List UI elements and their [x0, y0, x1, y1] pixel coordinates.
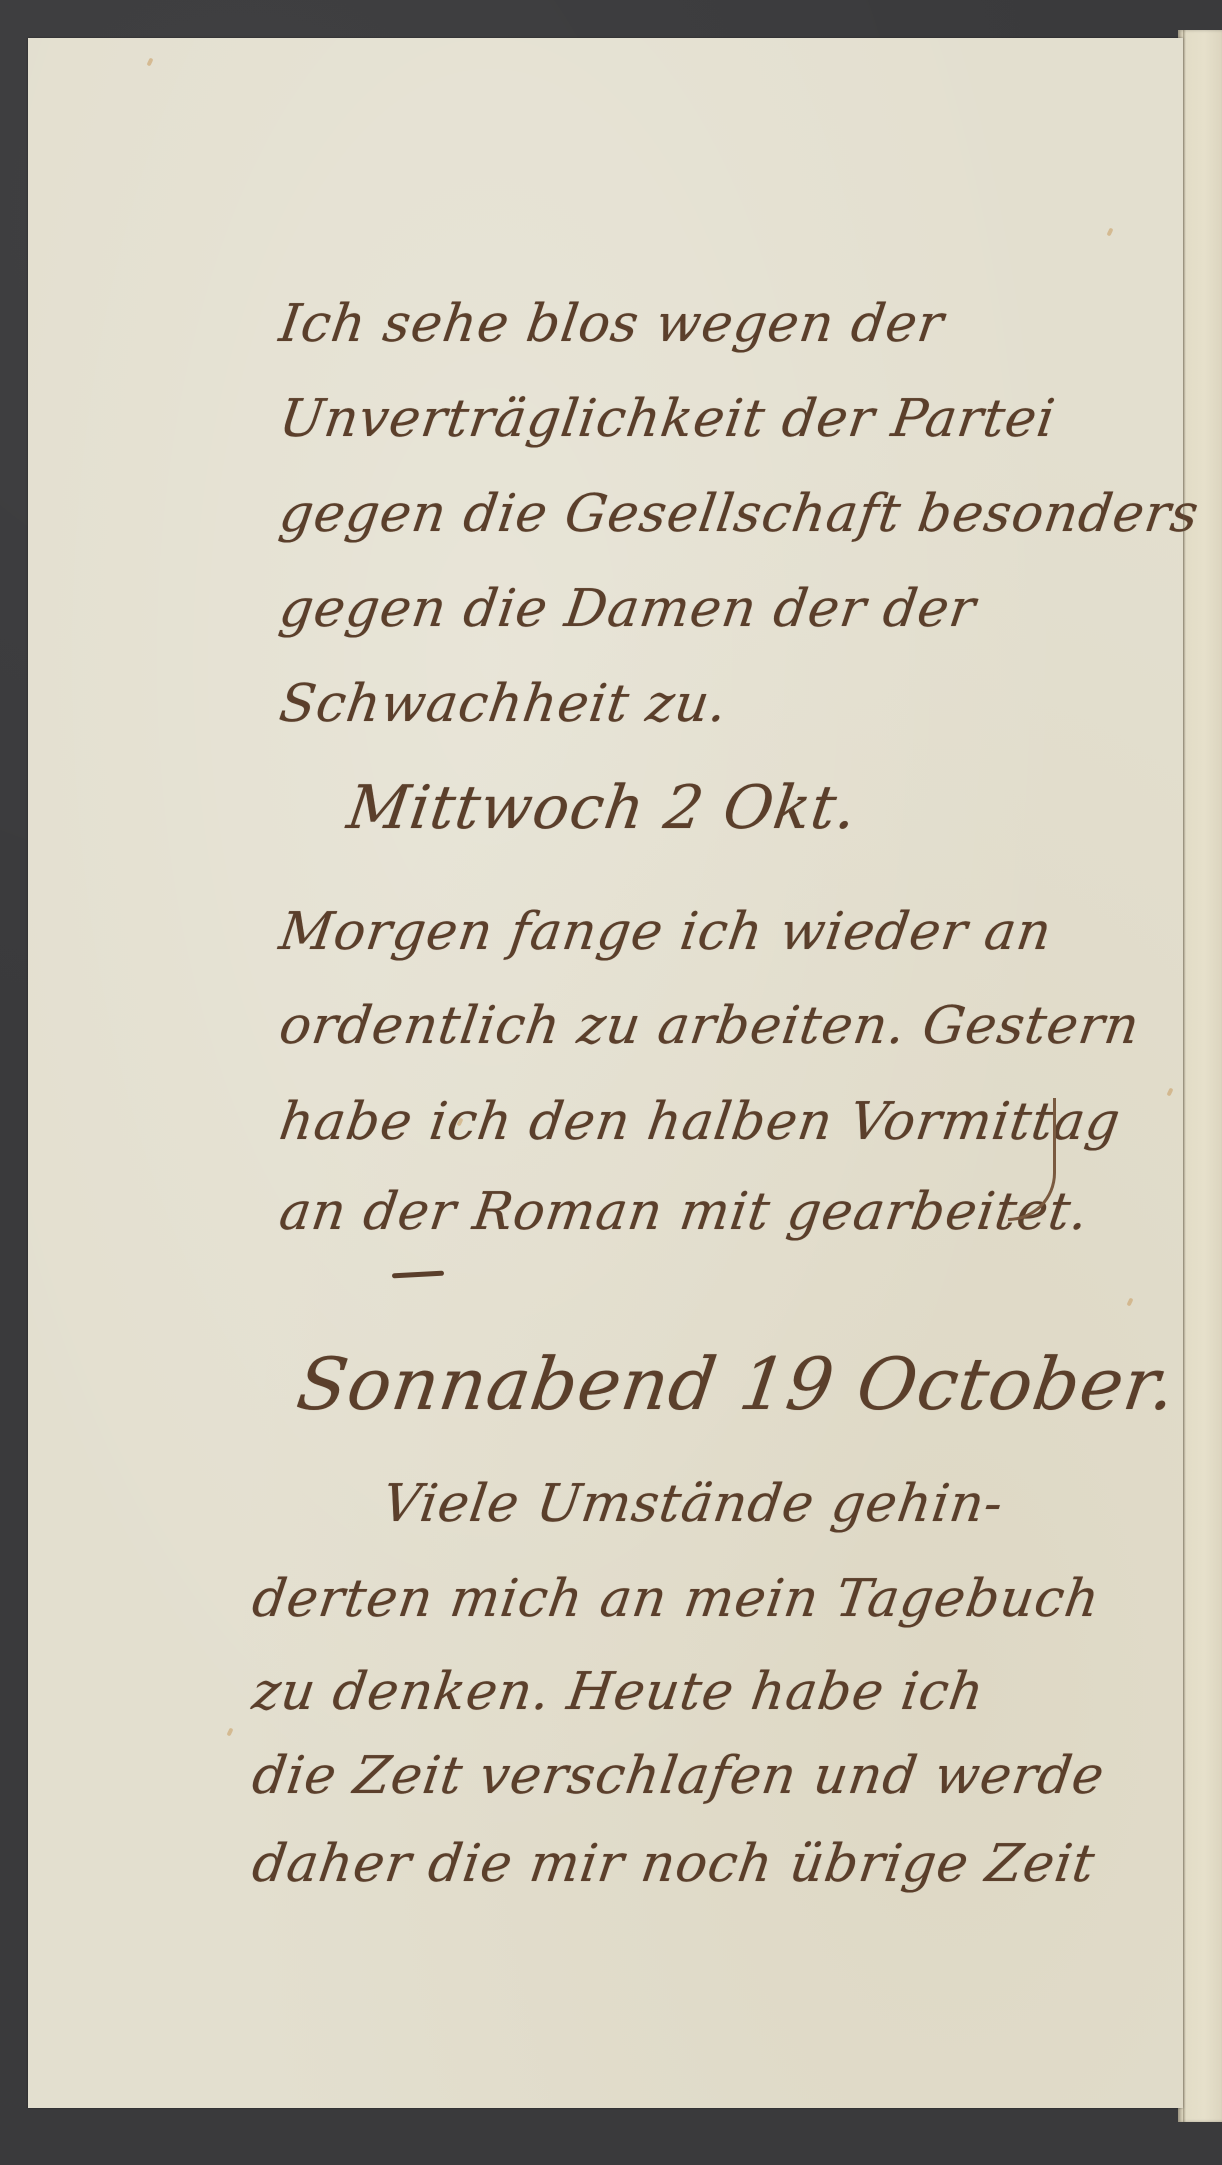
- entry-date-heading: Mittwoch 2 Okt.: [344, 778, 861, 838]
- manuscript-line: daher die mir noch übrige Zeit: [249, 1838, 1098, 1890]
- manuscript-line: Ich sehe blos wegen der: [276, 298, 947, 350]
- paper-speck: [226, 1728, 233, 1737]
- manuscript-line: Morgen fange ich wieder an: [276, 906, 1055, 958]
- entry-date-heading: Sonnabend 19 October.: [293, 1348, 1181, 1420]
- paper-speck: [1106, 228, 1113, 237]
- manuscript-line: Unverträglichkeit der Partei: [276, 393, 1058, 445]
- manuscript-line: ordentlich zu arbeiten. Gestern: [276, 1000, 1143, 1052]
- manuscript-line: habe ich den halben Vormittag: [276, 1096, 1123, 1148]
- entry-separator-dash: [392, 1271, 444, 1279]
- page-fold-shadow: [1183, 30, 1186, 2122]
- manuscript-line: derten mich an mein Tagebuch: [249, 1573, 1103, 1625]
- manuscript-page: Ich sehe blos wegen der Unverträglichkei…: [28, 38, 1183, 2108]
- paper-speck: [146, 58, 153, 67]
- manuscript-line: die Zeit verschlafen und werde: [249, 1750, 1107, 1802]
- paper-speck: [1126, 1298, 1133, 1307]
- manuscript-line: an der Roman mit gearbeitet.: [276, 1186, 1092, 1238]
- paper-speck: [1166, 1088, 1173, 1097]
- manuscript-line: gegen die Damen der der: [276, 583, 979, 635]
- manuscript-line: zu denken. Heute habe ich: [249, 1666, 987, 1718]
- manuscript-line: Schwachheit zu.: [276, 678, 730, 730]
- manuscript-line: Viele Umstände gehin-: [379, 1478, 1006, 1530]
- manuscript-line: gegen die Gesellschaft besonders: [276, 488, 1202, 540]
